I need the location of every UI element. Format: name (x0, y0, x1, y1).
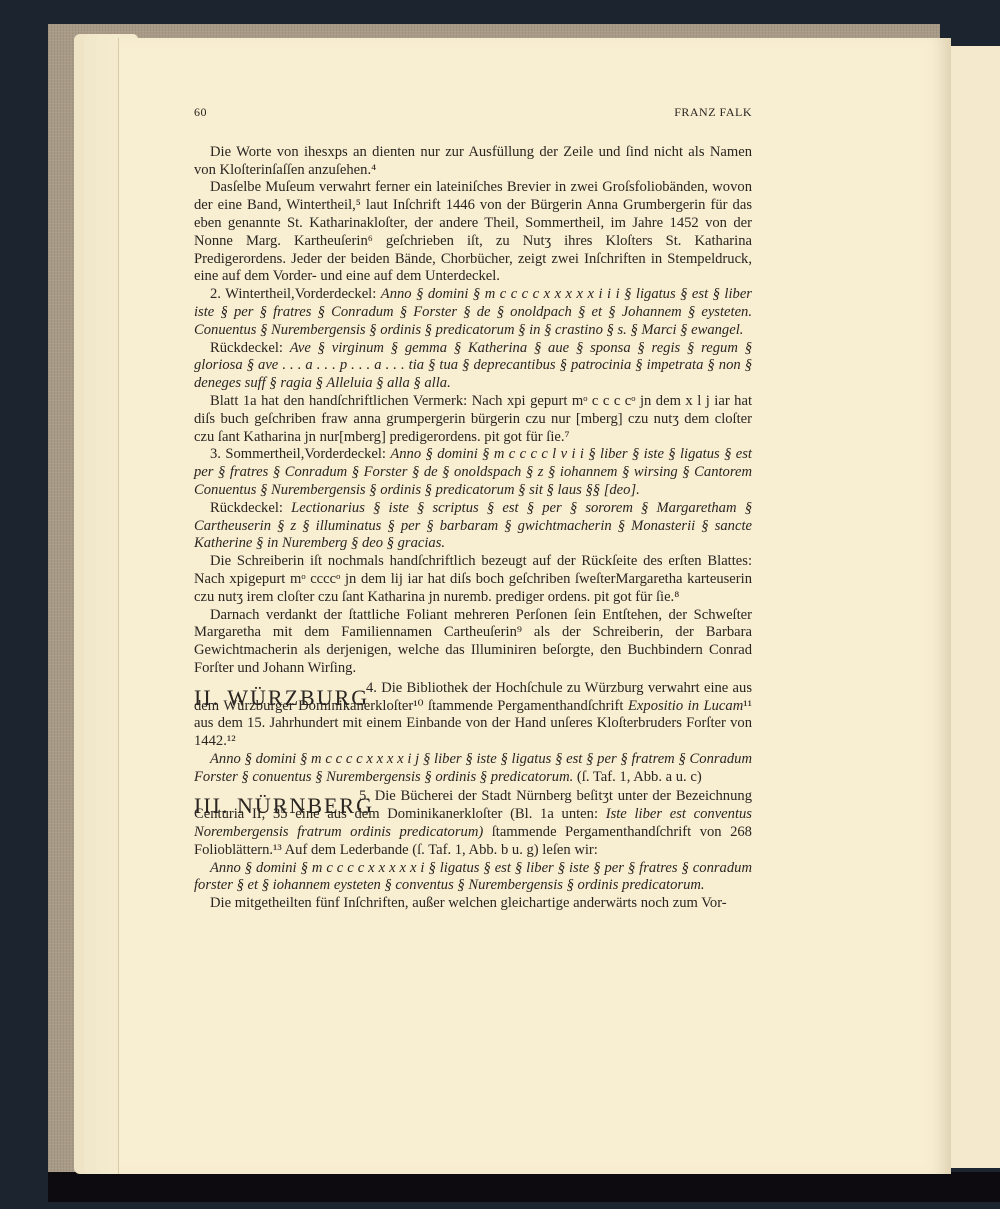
paragraph: 2. Wintertheil,Vorderdeckel: Anno § domi… (194, 286, 752, 339)
book-title: Expositio in Lucam (628, 698, 743, 714)
page-text: 60 FRANZ FALK Die Worte von ihesxps an d… (194, 104, 752, 913)
paragraph: Die mitgetheilten fünf Inſchriften, auße… (194, 895, 752, 913)
paragraph: Dasſelbe Muſeum verwahrt ferner ein late… (194, 179, 752, 286)
paragraph: Darnach verdankt der ſtattliche Foliant … (194, 607, 752, 678)
paragraph: 3. Sommertheil,Vorderdeckel: Anno § domi… (194, 446, 752, 499)
page-header: 60 FRANZ FALK (194, 104, 752, 122)
plate-reference: (ſ. Taf. 1, Abb. a u. c) (573, 769, 701, 785)
paragraph: Die Worte von ihesxps an dienten nur zur… (194, 144, 752, 180)
inscription-label: 3. Sommertheil,Vorderdeckel: (210, 446, 390, 462)
paragraph: Anno § domini § m c c c c x x x x i j § … (194, 751, 752, 787)
paragraph: Rückdeckel: Ave § virginum § gemma § Kat… (194, 340, 752, 393)
running-head: FRANZ FALK (674, 104, 752, 122)
page-number: 60 (194, 104, 207, 122)
facing-page-edge (948, 46, 1000, 1168)
paragraph: Blatt 1a hat den handſchriftlichen Verme… (194, 393, 752, 446)
inscription-label: Rückdeckel: (210, 340, 290, 356)
inscription-label: 2. Wintertheil,Vorderdeckel: (210, 286, 381, 302)
book-shadow (48, 1172, 1000, 1202)
paragraph: Die Schreiberin iſt nochmals handſchrift… (194, 553, 752, 606)
paragraph: Anno § domini § m c c c c x x x x x i § … (194, 860, 752, 896)
paragraph: Rückdeckel: Lectionarius § iste § script… (194, 500, 752, 553)
inscription-label: Rückdeckel: (210, 500, 291, 516)
latin-inscription: Anno § domini § m c c c c x x x x x i § … (194, 860, 752, 894)
